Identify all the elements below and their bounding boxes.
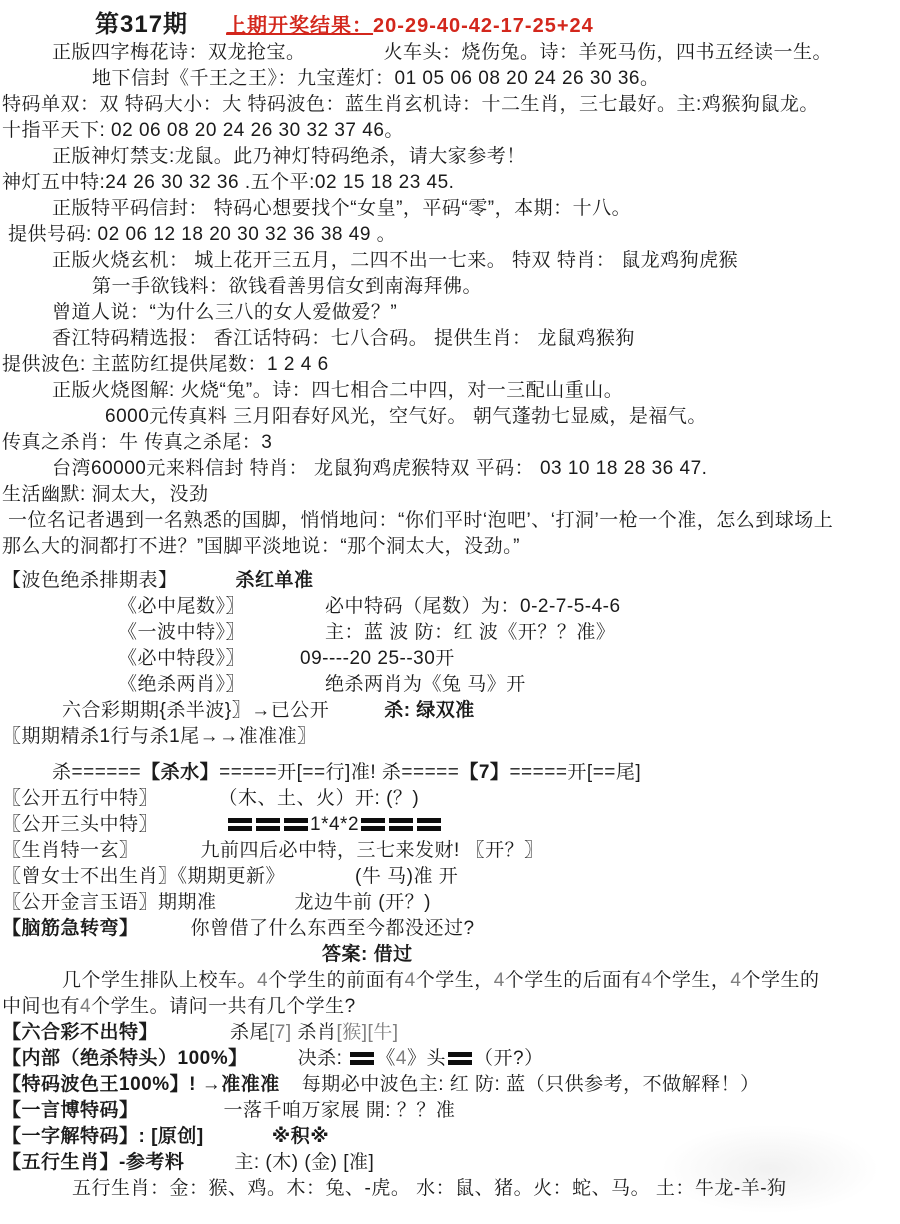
text-line: 【五行生肖】-参考料主: (木) (金) [准] bbox=[0, 1150, 900, 1176]
text-segment: 个学生， bbox=[652, 970, 730, 991]
text-line: 传真之杀肖：牛 传真之杀尾：3 bbox=[0, 430, 900, 456]
text-line: 特码单双：双 特码大小：大 特码波色：蓝生肖玄机诗：十二生肖，三七最好。主:鸡猴… bbox=[0, 92, 900, 118]
text-segment: 绝杀两肖为《兔 马》开 bbox=[325, 674, 526, 695]
text-segment: 〖公开五行中特〗 bbox=[2, 788, 158, 809]
text-segment: 传真之杀肖：牛 传真之杀尾：3 bbox=[2, 432, 272, 453]
text-segment: 地下信封《千王之王》：九宝莲灯： bbox=[92, 68, 395, 89]
text-segment: 你曾借了什么东西至今都没还过? bbox=[191, 918, 475, 939]
text-line: 地下信封《千王之王》：九宝莲灯：01 05 06 08 20 24 26 30 … bbox=[0, 66, 900, 92]
text-line: 香江特码精选报： 香江话特码：七八合码。 提供生肖： 龙鼠鸡猴狗 bbox=[0, 326, 900, 352]
text-segment: 《必中尾数》〗 bbox=[118, 596, 245, 617]
text-segment: 正版神灯禁支:龙鼠。此乃神灯特码绝杀，请大家参考！ bbox=[52, 146, 526, 167]
text-segment: 必中特码（尾数）为：0-2-7-5-4-6 bbox=[325, 596, 621, 617]
text-segment: 杀肖 bbox=[292, 1022, 337, 1043]
text-segment: 正版火烧玄机： 城上花开三五月，二四不出一七来。 特双 特肖： 鼠龙鸡狗虎猴 bbox=[52, 250, 738, 271]
text-segment: 龙边牛前 (开？) bbox=[295, 892, 431, 913]
text-segment: 〖公开金言玉语〗期期准 bbox=[2, 892, 217, 913]
text-line: 第317期上期开奖结果：20-29-40-42-17-25+24 bbox=[0, 12, 900, 40]
text-line: 六合彩期期{杀半波}〗→已公开杀: 绿双准 bbox=[0, 698, 900, 724]
text-line: 那么大的洞都打不进？”国脚平淡地说：“那个洞太大，没劲。” bbox=[0, 534, 900, 560]
text-line: 第一手欲钱料：欲钱看善男信女到南海拜佛。 bbox=[0, 274, 900, 300]
text-segment: =====开[==行]准! 杀===== bbox=[219, 762, 459, 783]
text-segment: 4 bbox=[80, 996, 91, 1017]
text-segment: 个学生的前面有 bbox=[268, 970, 405, 991]
text-segment: (牛 马)准 开 bbox=[355, 866, 458, 887]
text-line: 正版火烧图解: 火烧“兔”。诗：四七相合二中四，对一三配山重山。 bbox=[0, 378, 900, 404]
text-segment: 主：蓝 波 防：红 波《开？？准》 bbox=[325, 622, 615, 643]
text-line: 正版四字梅花诗：双龙抢宝。火车头：烧伤兔。诗：羊死马伤，四书五经读一生。 bbox=[0, 40, 900, 66]
lottery-tip-sheet: 第317期上期开奖结果：20-29-40-42-17-25+24正版四字梅花诗：… bbox=[0, 0, 900, 1224]
text-segment: 【杀水】 bbox=[141, 762, 219, 783]
text-segment: 【7】 bbox=[459, 762, 509, 783]
text-line: 【内部（绝杀特头）100%】决杀:《4》头（开?） bbox=[0, 1046, 900, 1072]
text-line: 神灯五中特:24 26 30 32 36 .五个平:02 15 18 23 45… bbox=[0, 170, 900, 196]
text-line: 〖公开五行中特〗（木、土、火）开: (？) bbox=[0, 786, 900, 812]
text-segment: 五行生肖：金：猴、鸡。木：兔、-虎。 水：鼠、猪。火：蛇、马。 土：牛龙-羊-狗 bbox=[72, 1178, 787, 1199]
text-line: 【六合彩不出特】杀尾[7] 杀肖[猴][牛] bbox=[0, 1020, 900, 1046]
text-segment: 4 bbox=[494, 970, 505, 991]
text-segment: 第317期 bbox=[95, 11, 188, 38]
text-segment: 〖曾女士不出生肖〗《期期更新》 bbox=[2, 866, 285, 887]
text-segment: 提供波色: 主蓝防红提供尾数：1 2 4 6 bbox=[2, 354, 329, 375]
text-segment: （木、土、火）开: (？) bbox=[228, 788, 419, 809]
text-segment: 中间也有 bbox=[2, 996, 80, 1017]
text-line: 〖公开三头中特〗1*4*2 bbox=[0, 812, 900, 838]
text-segment: 那么大的洞都打不进？”国脚平淡地说：“那个洞太大，没劲。” bbox=[2, 536, 520, 557]
text-segment: 杀尾 bbox=[230, 1022, 269, 1043]
text-line: 杀======【杀水】=====开[==行]准! 杀=====【7】=====开… bbox=[0, 760, 900, 786]
text-line: 〖公开金言玉语〗期期准龙边牛前 (开？) bbox=[0, 890, 900, 916]
text-segment: 特码单双：双 特码大小：大 特码波色：蓝生肖玄机诗：十二生肖，三七最好。主:鸡猴… bbox=[2, 94, 819, 115]
text-segment: 4 bbox=[257, 970, 268, 991]
text-segment: 第一手欲钱料：欲钱看善男信女到南海拜佛。 bbox=[92, 276, 482, 297]
text-line: 〖曾女士不出生肖〗《期期更新》(牛 马)准 开 bbox=[0, 864, 900, 890]
text-segment: 【波色绝杀排期表】 bbox=[2, 570, 178, 591]
double-bar-glyph bbox=[448, 1052, 472, 1065]
text-segment: 答案: 借过 bbox=[322, 944, 413, 965]
text-line: 〖期期精杀1行与杀1尾→→准准准〗 bbox=[0, 724, 900, 750]
text-line: 《必中尾数》〗必中特码（尾数）为：0-2-7-5-4-6 bbox=[0, 594, 900, 620]
text-segment: 【脑筋急转弯】 bbox=[2, 918, 139, 939]
text-line: 中间也有4个学生。请问一共有几个学生? bbox=[0, 994, 900, 1020]
text-segment: 《绝杀两肖》〗 bbox=[118, 674, 245, 695]
text-segment: 一落千咱万家展 開: ？？准 bbox=[224, 1100, 456, 1121]
text-segment: 杀红单准 bbox=[236, 570, 314, 591]
text-segment: 正版火烧图解: 火烧“兔”。诗：四七相合二中四，对一三配山重山。 bbox=[52, 380, 623, 401]
text-segment: 曾道人说：“为什么三八的女人爱做爱？” bbox=[52, 302, 397, 323]
text-segment: 个学生。请问一共有几个学生? bbox=[91, 996, 356, 1017]
double-bar-glyph bbox=[228, 818, 252, 831]
text-line: 生活幽默: 洞太大，没劲 bbox=[0, 482, 900, 508]
document-lines: 第317期上期开奖结果：20-29-40-42-17-25+24正版四字梅花诗：… bbox=[0, 12, 900, 1202]
text-segment: 十指平天下: 02 06 08 20 24 26 30 32 37 46。 bbox=[2, 120, 404, 141]
text-segment: 〖生肖特一玄〗 bbox=[2, 840, 139, 861]
text-segment: 个学生的 bbox=[741, 970, 819, 991]
text-segment: 【一言博特码】 bbox=[2, 1100, 139, 1121]
text-line: 《一波中特》〗主：蓝 波 防：红 波《开？？准》 bbox=[0, 620, 900, 646]
text-line: 【波色绝杀排期表】杀红单准 bbox=[0, 568, 900, 594]
text-segment: 【内部（绝杀特头）100%】 bbox=[2, 1048, 248, 1069]
text-segment: [7] bbox=[269, 1022, 292, 1043]
text-segment: 09----20 25--30开 bbox=[300, 648, 455, 669]
double-bar-glyph bbox=[256, 818, 280, 831]
text-segment: 01 05 06 08 20 24 26 30 36。 bbox=[395, 68, 660, 89]
text-segment: 香江特码精选报： 香江话特码：七八合码。 提供生肖： 龙鼠鸡猴狗 bbox=[52, 328, 635, 349]
double-bar-glyph bbox=[389, 818, 413, 831]
double-bar-glyph bbox=[284, 818, 308, 831]
text-line: 6000元传真料 三月阳春好风光，空气好。 朝气蓬勃七显威，是福气。 bbox=[0, 404, 900, 430]
text-line: 十指平天下: 02 06 08 20 24 26 30 32 37 46。 bbox=[0, 118, 900, 144]
double-bar-glyph bbox=[361, 818, 385, 831]
text-line: 【一言博特码】一落千咱万家展 開: ？？准 bbox=[0, 1098, 900, 1124]
text-segment: 【特码波色王100%】! →准准准 bbox=[2, 1074, 280, 1095]
text-segment: 《一波中特》〗 bbox=[118, 622, 245, 643]
double-bar-glyph bbox=[417, 818, 441, 831]
text-segment: 一位名记者遇到一名熟悉的国脚，悄悄地问：“你们平时‘泡吧’、‘打洞’一枪一个准，… bbox=[8, 510, 833, 531]
text-segment: 决杀: bbox=[298, 1048, 343, 1069]
text-segment: （开?） bbox=[474, 1048, 544, 1069]
text-line: 台湾60000元来料信封 特肖： 龙鼠狗鸡虎猴特双 平码： 03 10 18 2… bbox=[0, 456, 900, 482]
text-segment: 个学生的后面有 bbox=[505, 970, 642, 991]
text-line: 提供号码: 02 06 12 18 20 30 32 36 38 49 。 bbox=[0, 222, 900, 248]
text-segment: 【五行生肖】-参考料 bbox=[2, 1152, 184, 1173]
text-segment: 4 bbox=[396, 1048, 407, 1069]
text-segment: 杀====== bbox=[52, 762, 141, 783]
text-segment: 《必中特段》〗 bbox=[118, 648, 245, 669]
text-segment: 【一字解特码】: [原创] bbox=[2, 1126, 204, 1147]
text-segment: ※积※ bbox=[272, 1126, 329, 1147]
text-line: 《必中特段》〗09----20 25--30开 bbox=[0, 646, 900, 672]
text-line: 正版神灯禁支:龙鼠。此乃神灯特码绝杀，请大家参考！ bbox=[0, 144, 900, 170]
text-segment: 生活幽默: 洞太大，没劲 bbox=[2, 484, 209, 505]
text-segment: 【六合彩不出特】 bbox=[2, 1022, 158, 1043]
text-line: 〖生肖特一玄〗九前四后必中特，三七来发财! 〖开？〗 bbox=[0, 838, 900, 864]
text-segment: 〖期期精杀1行与杀1尾→→准准准〗 bbox=[2, 726, 317, 747]
text-segment: 神灯五中特:24 26 30 32 36 .五个平:02 15 18 23 45… bbox=[2, 172, 454, 193]
text-segment: 6000元传真料 三月阳春好风光，空气好。 朝气蓬勃七显威，是福气。 bbox=[105, 406, 707, 427]
text-segment: 台湾60000元来料信封 特肖： 龙鼠狗鸡虎猴特双 平码： 03 10 18 2… bbox=[52, 458, 707, 479]
text-segment: 1*4*2 bbox=[310, 814, 359, 835]
text-segment: 20-29-40-42-17-25+24 bbox=[373, 15, 594, 37]
text-segment: 《 bbox=[376, 1048, 396, 1069]
text-line: 几个学生排队上校车。4个学生的前面有4个学生，4个学生的后面有4个学生，4个学生… bbox=[0, 968, 900, 994]
text-segment: 正版四字梅花诗：双龙抢宝。 bbox=[52, 42, 306, 63]
text-line: 五行生肖：金：猴、鸡。木：兔、-虎。 水：鼠、猪。火：蛇、马。 土：牛龙-羊-狗 bbox=[0, 1176, 900, 1202]
text-line: 【脑筋急转弯】你曾借了什么东西至今都没还过? bbox=[0, 916, 900, 942]
double-bar-glyph bbox=[350, 1052, 374, 1065]
text-segment: 4 bbox=[641, 970, 652, 991]
text-line: 正版火烧玄机： 城上花开三五月，二四不出一七来。 特双 特肖： 鼠龙鸡狗虎猴 bbox=[0, 248, 900, 274]
text-segment: 火车头：烧伤兔。诗：羊死马伤，四书五经读一生。 bbox=[384, 42, 833, 63]
text-segment: 六合彩期期{杀半波}〗→已公开 bbox=[62, 700, 329, 721]
text-segment: 》头 bbox=[407, 1048, 446, 1069]
text-segment: =====开[==尾] bbox=[509, 762, 641, 783]
text-line: 【一字解特码】: [原创]※积※ bbox=[0, 1124, 900, 1150]
text-line: 《绝杀两肖》〗绝杀两肖为《兔 马》开 bbox=[0, 672, 900, 698]
text-line: 提供波色: 主蓝防红提供尾数：1 2 4 6 bbox=[0, 352, 900, 378]
text-line: 一位名记者遇到一名熟悉的国脚，悄悄地问：“你们平时‘泡吧’、‘打洞’一枪一个准，… bbox=[0, 508, 900, 534]
text-line: 正版特平码信封： 特码心想要找个“女皇”，平码“零”，本期：十八。 bbox=[0, 196, 900, 222]
text-segment: 九前四后必中特，三七来发财! 〖开？〗 bbox=[201, 840, 544, 861]
text-segment: 4 bbox=[730, 970, 741, 991]
text-line: 曾道人说：“为什么三八的女人爱做爱？” bbox=[0, 300, 900, 326]
text-segment: [猴][牛] bbox=[336, 1022, 398, 1043]
text-segment: 个学生， bbox=[416, 970, 494, 991]
text-segment: 杀: 绿双准 bbox=[384, 700, 475, 721]
text-segment: 〖公开三头中特〗 bbox=[2, 814, 158, 835]
text-segment: 4 bbox=[405, 970, 416, 991]
text-segment: 几个学生排队上校车。 bbox=[62, 970, 257, 991]
text-line: 【特码波色王100%】! →准准准每期必中波色主: 红 防: 蓝（只供参考，不做… bbox=[0, 1072, 900, 1098]
text-segment: 提供号码: 02 06 12 18 20 30 32 36 38 49 。 bbox=[8, 224, 396, 245]
text-segment: 每期必中波色主: 红 防: 蓝（只供参考，不做解释！） bbox=[302, 1074, 760, 1095]
text-segment: 上期开奖结果： bbox=[226, 15, 373, 37]
text-segment: 主: (木) (金) [准] bbox=[234, 1152, 374, 1173]
text-segment: 正版特平码信封： 特码心想要找个“女皇”，平码“零”，本期：十八。 bbox=[52, 198, 631, 219]
text-line: 答案: 借过 bbox=[0, 942, 900, 968]
